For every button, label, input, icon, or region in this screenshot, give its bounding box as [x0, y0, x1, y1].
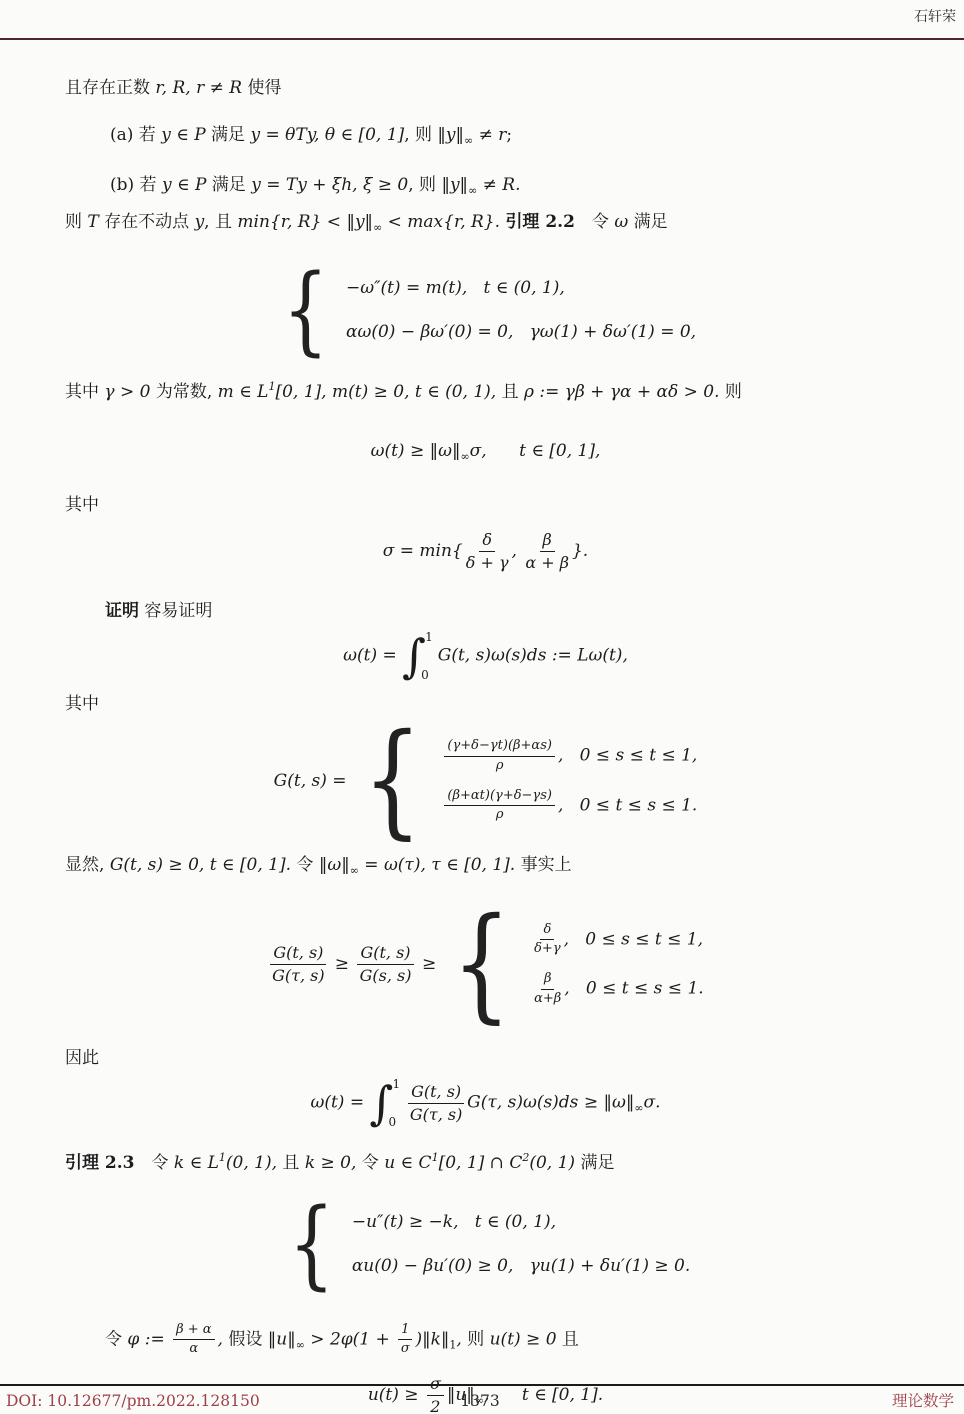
brace-system: G(t, s)G(τ, s) ≥ G(t, s)G(s, s) ≥ { δδ+γ… — [267, 909, 703, 1021]
text-run-m: , — [512, 541, 523, 561]
equation-omega-integral-bound: ω(t) = ∫10G(t, s)G(τ, s)G(τ, s)ω(s)ds ≥ … — [65, 1077, 906, 1129]
text-run-m: u(t) ≥ 0 — [490, 1329, 557, 1349]
integral-upper-limit: 1 — [425, 630, 433, 644]
text-run-m: −ω″(t) = m(t), — [346, 278, 467, 298]
system-row: (β+αt)(γ+δ−γs)ρ, 0 ≤ t ≤ s ≤ 1. — [441, 788, 697, 824]
text-run-cn: 则 — [65, 212, 87, 232]
fraction-numerator: G(t, s) — [270, 943, 326, 965]
text-run-m: y = θTy, θ ∈ [0, 1] — [250, 125, 404, 145]
brace-system: { −u″(t) ≥ −k, t ∈ (0, 1), αu(0) − βu′(0… — [281, 1200, 691, 1288]
text-run-cn: 则 — [462, 1329, 490, 1349]
text-run-m: σ, — [470, 441, 487, 461]
text-run-m: min{r, R} < ‖y‖ — [237, 212, 373, 232]
text-run-cn: 假设 — [223, 1329, 268, 1349]
equation-system-u: { −u″(t) ≥ −k, t ∈ (0, 1), αu(0) − βu′(0… — [65, 1200, 906, 1288]
doi-text: DOI: 10.12677/pm.2022.128150 — [6, 1392, 260, 1410]
text-run-sp — [513, 1256, 529, 1276]
text-run-m: ‖y‖ — [441, 175, 468, 195]
paragraph-exists-positive: 且存在正数 r, R, r ≠ R 使得 — [65, 76, 906, 101]
equation-system-omega: { −ω″(t) = m(t), t ∈ (0, 1), αω(0) − βω′… — [65, 266, 906, 354]
text-run-b: 引理 2.3 — [65, 1153, 135, 1173]
integral-upper-limit: 1 — [392, 1077, 400, 1091]
text-run-m: k ≥ 0, — [305, 1153, 357, 1173]
equation-omega-integral: ω(t) = ∫10G(t, s)ω(s)ds := Lω(t), — [65, 630, 906, 682]
fraction-denominator: δ+γ — [534, 940, 561, 957]
text-run-cn: 且存在正数 — [65, 78, 155, 98]
text-run-cn: 存在不动点 — [99, 212, 195, 232]
integral: ∫10 — [369, 1077, 405, 1129]
text-run-m: [0, 1], m(t) ≥ 0, t ∈ (0, 1), — [275, 382, 496, 402]
left-brace-icon: { — [362, 725, 421, 837]
fraction-numerator: δ — [540, 922, 554, 940]
text-run-m: [0, 1] ∩ C — [439, 1153, 523, 1173]
fraction-denominator: α — [189, 1340, 198, 1357]
text-run-m: }. — [572, 541, 588, 561]
fraction: (β+αt)(γ+δ−γs)ρ — [444, 788, 555, 824]
text-run-m: y = Ty + ξh, ξ ≥ 0 — [251, 175, 408, 195]
integral-lower-limit: 0 — [421, 668, 429, 682]
paper-body: 且存在正数 r, R, r ≠ R 使得 (a) 若 y ∈ P 满足 y = … — [0, 76, 964, 1414]
paragraph-constants-rho: 其中 γ > 0 为常数, m ∈ L1[0, 1], m(t) ≥ 0, t … — [65, 374, 906, 405]
text-run-cn: 满足 — [628, 212, 667, 232]
paragraph-proof-start: 证明 容易证明 — [65, 599, 906, 624]
fraction: G(t, s)G(τ, s) — [408, 1082, 464, 1125]
text-run-cn: , 则 — [408, 175, 441, 195]
text-run-m: ω(t) = — [343, 646, 402, 666]
text-run-m: φ := — [127, 1329, 170, 1349]
fraction-numerator: β + α — [173, 1322, 214, 1340]
fraction-numerator: 1 — [398, 1322, 412, 1340]
system-row: −ω″(t) = m(t), t ∈ (0, 1), — [346, 275, 696, 301]
text-run-sub: ∞ — [296, 1338, 305, 1351]
text-run-m: y — [195, 212, 205, 232]
text-run-m: = ω(τ), τ ∈ [0, 1]. — [359, 855, 515, 875]
system-row: −u″(t) ≥ −k, t ∈ (0, 1), — [352, 1209, 690, 1235]
header-rule — [0, 38, 964, 40]
text-run-m: t ∈ [0, 1], — [519, 441, 600, 461]
text-run-sub: ∞ — [373, 221, 382, 234]
text-run-cn: 使得 — [242, 78, 281, 98]
text-run-m: ≠ r — [473, 125, 506, 145]
page-header: 石轩荣 — [0, 0, 964, 32]
text-run-m: > 2φ(1 + — [305, 1329, 395, 1349]
text-run-cn: 且 — [496, 382, 524, 402]
text-run-cn: 满足 — [206, 175, 251, 195]
fraction-denominator: α+β — [534, 990, 561, 1007]
text-run-m: ω(t) ≥ ‖ω‖ — [371, 441, 461, 461]
text-run-cn: 令 — [291, 855, 319, 875]
fraction: δδ+γ — [534, 922, 561, 958]
text-run-m: )‖k‖ — [415, 1329, 449, 1349]
system-lead: G(t, s)G(τ, s) ≥ G(t, s)G(s, s) ≥ — [267, 943, 436, 986]
text-run-m: γω(1) + δω′(1) = 0, — [530, 322, 696, 342]
paragraph-lemma-2-3: 引理 2.3 令 k ∈ L1(0, 1), 且 k ≥ 0, 令 u ∈ C1… — [65, 1145, 906, 1176]
text-run-sup: 1 — [219, 1151, 226, 1164]
system-row: δδ+γ, 0 ≤ s ≤ t ≤ 1, — [531, 922, 704, 958]
text-run-cn: 事实上 — [515, 855, 571, 875]
text-run-cn: 容易证明 — [139, 601, 212, 621]
brace-system: G(t, s) = { (γ+δ−γt)(β+αs)ρ, 0 ≤ s ≤ t ≤… — [274, 725, 698, 837]
text-run-sub: ∞ — [350, 864, 359, 877]
text-run-cn: 令 — [575, 212, 614, 232]
paragraph-where-1: 其中 — [65, 493, 906, 518]
text-run-sub: ∞ — [460, 450, 469, 463]
fraction-numerator: (β+αt)(γ+δ−γs) — [444, 788, 555, 806]
text-run-m: ρ := γβ + γα + αδ > 0. — [524, 382, 720, 402]
text-run-sp — [458, 1212, 474, 1232]
text-run-m: ω — [614, 212, 628, 232]
equation-sigma-min: σ = min{δδ + γ, βα + β}. — [65, 530, 906, 573]
fraction-numerator: δ — [479, 530, 495, 552]
fraction-denominator: ρ — [496, 757, 504, 774]
fraction: βα + β — [525, 530, 569, 573]
paragraph-where-2: 其中 — [65, 692, 906, 717]
system-row: αω(0) − βω′(0) = 0, γω(1) + δω′(1) = 0, — [346, 319, 696, 345]
fraction-denominator: α + β — [525, 552, 569, 573]
paragraph-obviously-G: 显然, G(t, s) ≥ 0, t ∈ [0, 1]. 令 ‖ω‖∞ = ω(… — [65, 853, 906, 883]
text-run-sp — [570, 979, 586, 999]
text-run-m: ‖y‖ — [437, 125, 464, 145]
integral: ∫10 — [402, 630, 438, 682]
text-run-sp — [563, 746, 579, 766]
condition-b: (b) 若 y ∈ P 满足 y = Ty + ξh, ξ ≥ 0, 则 ‖y‖… — [65, 173, 906, 203]
fraction: G(t, s)G(τ, s) — [270, 943, 326, 986]
text-run-m: 0 ≤ s ≤ t ≤ 1, — [580, 746, 698, 766]
text-run-sp — [467, 278, 483, 298]
text-run-cn: ; — [506, 125, 512, 145]
text-run-cn: 且 — [277, 1153, 305, 1173]
text-run-cn: 显然, — [65, 855, 110, 875]
text-run-m: αu(0) − βu′(0) ≥ 0, — [352, 1256, 514, 1276]
text-run-cn: 因此 — [65, 1048, 99, 1068]
text-run-m: σ = min{ — [383, 541, 463, 561]
integral-limits: 10 — [392, 1077, 400, 1129]
condition-a: (a) 若 y ∈ P 满足 y = θTy, θ ∈ [0, 1], 则 ‖y… — [65, 123, 906, 153]
system-row: (γ+δ−γt)(β+αs)ρ, 0 ≤ s ≤ t ≤ 1, — [441, 738, 697, 774]
text-run-m: σ. — [644, 1093, 661, 1113]
text-run-b: 引理 2.2 — [505, 212, 575, 232]
running-head-author: 石轩荣 — [914, 9, 956, 25]
fraction-numerator: β — [540, 530, 555, 552]
fraction-denominator: G(s, s) — [360, 965, 412, 986]
text-run-sp — [487, 441, 519, 461]
fraction: (γ+δ−γt)(β+αs)ρ — [444, 738, 555, 774]
system-rows: δδ+γ, 0 ≤ s ≤ t ≤ 1, βα+β, 0 ≤ t ≤ s ≤ 1… — [531, 915, 704, 1014]
text-run-m: 0 ≤ t ≤ s ≤ 1. — [580, 795, 698, 815]
fraction-numerator: (γ+δ−γt)(β+αs) — [444, 738, 555, 756]
left-brace-icon: { — [452, 909, 511, 1021]
text-run-cn: 为常数, — [150, 382, 217, 402]
text-run-cn: 则 — [720, 382, 742, 402]
text-run-m: t ∈ (0, 1), — [475, 1212, 556, 1232]
fraction-numerator: β — [541, 971, 555, 989]
text-run-m: ≥ — [417, 954, 437, 974]
text-run-cn: 其中 — [65, 495, 99, 515]
text-run-m: G(t, s) ≥ 0, t ∈ [0, 1]. — [110, 855, 291, 875]
text-run-m: ‖ω‖ — [319, 855, 350, 875]
fraction: β + αα — [173, 1322, 214, 1358]
text-run-cn: 其中 — [65, 694, 99, 714]
system-lead: G(t, s) = — [274, 771, 347, 791]
fraction-denominator: δ + γ — [466, 552, 509, 573]
text-run-m: ‖u‖ — [268, 1329, 296, 1349]
paragraph-fixed-point-lemma-2-2: 则 T 存在不动点 y, 且 min{r, R} < ‖y‖∞ < max{r,… — [65, 210, 906, 240]
system-rows: −ω″(t) = m(t), t ∈ (0, 1), αω(0) − βω′(0… — [346, 266, 696, 354]
equation-green-ratio: G(t, s)G(τ, s) ≥ G(t, s)G(s, s) ≥ { δδ+γ… — [65, 909, 906, 1021]
fraction-denominator: ρ — [496, 806, 504, 823]
fraction-numerator: G(t, s) — [357, 943, 413, 965]
integral-lower-limit: 0 — [388, 1115, 396, 1129]
fraction-denominator: G(τ, s) — [410, 1104, 463, 1125]
text-run-m: 0 ≤ t ≤ s ≤ 1. — [586, 979, 704, 999]
footer-row: DOI: 10.12677/pm.2022.128150 1373 理论数学 — [0, 1386, 964, 1414]
equation-green-function: G(t, s) = { (γ+δ−γt)(β+αs)ρ, 0 ≤ s ≤ t ≤… — [65, 725, 906, 837]
text-run-sup: 1 — [432, 1151, 439, 1164]
text-run-sp — [569, 929, 585, 949]
text-run-m: m ∈ L — [218, 382, 269, 402]
text-run-sub: ∞ — [464, 134, 473, 147]
fraction-numerator: G(t, s) — [408, 1082, 464, 1104]
equation-omega-lower-bound: ω(t) ≥ ‖ω‖∞σ, t ∈ [0, 1], — [65, 441, 906, 463]
text-run-sp — [563, 795, 579, 815]
text-run-m: 0 ≤ s ≤ t ≤ 1, — [585, 929, 703, 949]
text-run-m: T — [87, 212, 98, 232]
paper-page: 石轩荣 且存在正数 r, R, r ≠ R 使得 (a) 若 y ∈ P 满足 … — [0, 0, 964, 1414]
text-run-m: (0, 1) — [529, 1153, 575, 1173]
text-run-m: G(t, s)ω(s)ds := Lω(t), — [438, 646, 628, 666]
paragraph-therefore: 因此 — [65, 1046, 906, 1071]
text-run-cn: (a) 若 — [110, 125, 161, 145]
fraction: δδ + γ — [466, 530, 509, 573]
text-run-cn: 其中 — [65, 382, 104, 402]
left-brace-icon: { — [283, 267, 329, 353]
text-run-m: r, R, r ≠ R — [155, 78, 242, 98]
journal-name: 理论数学 — [892, 1389, 954, 1411]
system-row: βα+β, 0 ≤ t ≤ s ≤ 1. — [531, 971, 704, 1007]
fraction: 1σ — [398, 1322, 412, 1358]
fraction-denominator: G(τ, s) — [272, 965, 325, 986]
text-run-cn: 令 — [135, 1153, 174, 1173]
text-run-m: γ > 0 — [104, 382, 150, 402]
text-run-m: < max{r, R}. — [382, 212, 505, 232]
text-run-cn: (b) 若 — [110, 175, 162, 195]
text-run-cn: 且 — [557, 1329, 579, 1349]
text-run-m: u ∈ C — [384, 1153, 431, 1173]
text-run-cn: 满足 — [575, 1153, 614, 1173]
text-run-sub: ∞ — [468, 184, 477, 197]
brace-system: { −ω″(t) = m(t), t ∈ (0, 1), αω(0) − βω′… — [275, 266, 696, 354]
text-run-m: αω(0) − βω′(0) = 0, — [346, 322, 513, 342]
text-run-m: ≥ — [329, 954, 354, 974]
text-run-m: G(τ, s)ω(s)ds ≥ ‖ω‖ — [467, 1093, 634, 1113]
fraction-denominator: σ — [401, 1340, 410, 1357]
integral-limits: 10 — [425, 630, 433, 682]
text-run-m: γu(1) + δu′(1) ≥ 0. — [530, 1256, 691, 1276]
fraction: βα+β — [534, 971, 561, 1007]
text-run-b: 证明 — [105, 601, 139, 621]
text-run-cn: , 且 — [204, 212, 237, 232]
text-run-m: G(t, s) = — [274, 771, 347, 791]
text-run-cn: 令 — [356, 1153, 384, 1173]
text-run-cn: , 则 — [404, 125, 437, 145]
text-run-m: (0, 1), — [226, 1153, 277, 1173]
system-rows: (γ+δ−γt)(β+αs)ρ, 0 ≤ s ≤ t ≤ 1, (β+αt)(γ… — [441, 731, 697, 830]
text-run-m: ≠ R. — [477, 175, 520, 195]
text-run-cn: 令 — [105, 1329, 127, 1349]
fraction: G(t, s)G(s, s) — [357, 943, 413, 986]
text-run-sub: ∞ — [634, 1102, 643, 1115]
system-row: αu(0) − βu′(0) ≥ 0, γu(1) + δu′(1) ≥ 0. — [352, 1253, 690, 1279]
text-run-m: y ∈ P — [161, 125, 205, 145]
text-run-m: ω(t) = — [310, 1093, 369, 1113]
text-run-m: k ∈ L — [174, 1153, 219, 1173]
page-number: 1373 — [460, 1392, 499, 1410]
text-run-m: −u″(t) ≥ −k, — [352, 1212, 459, 1232]
text-run-m: y ∈ P — [162, 175, 206, 195]
text-run-cn: 满足 — [206, 125, 251, 145]
left-brace-icon: { — [288, 1201, 334, 1287]
text-run-m: t ∈ (0, 1), — [483, 278, 564, 298]
page-footer: DOI: 10.12677/pm.2022.128150 1373 理论数学 — [0, 1384, 964, 1414]
paragraph-phi-assumption: 令 φ := β + αα, 假设 ‖u‖∞ > 2φ(1 + 1σ)‖k‖1,… — [65, 1322, 906, 1358]
text-run-sp — [513, 322, 529, 342]
system-rows: −u″(t) ≥ −k, t ∈ (0, 1), αu(0) − βu′(0) … — [352, 1200, 690, 1288]
